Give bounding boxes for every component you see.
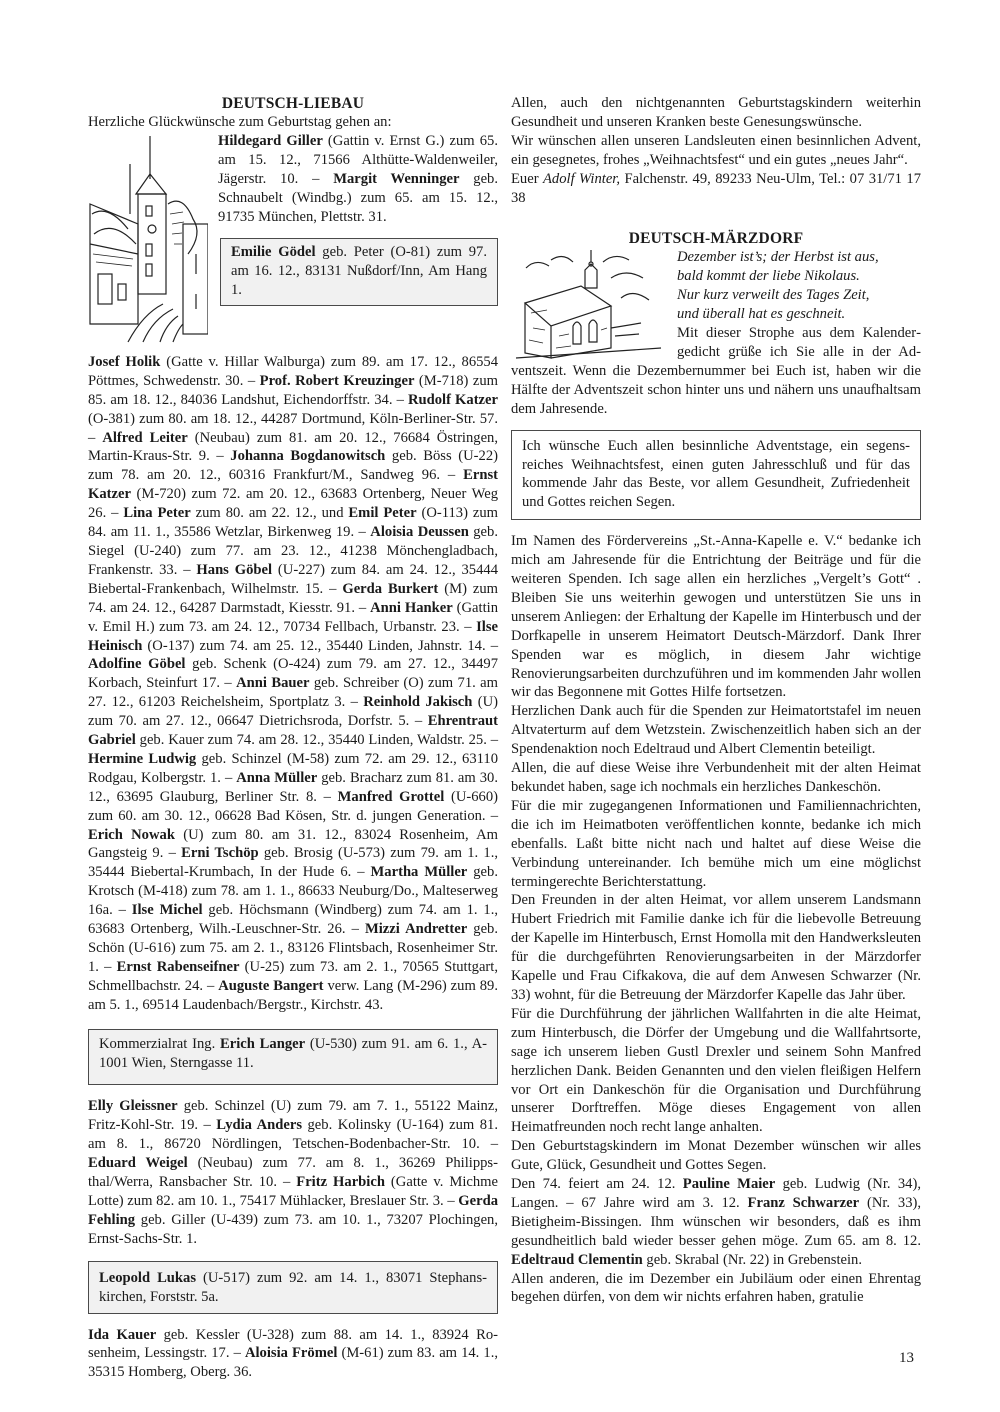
person-name: Leopold Lukas (99, 1270, 196, 1286)
person-name: Edeltraud Clementin (511, 1252, 643, 1268)
birthday-list-4: Ida Kauer geb. Kessler (U-328) zum 88. a… (88, 1326, 498, 1383)
person-name: Fritz Harbich (296, 1174, 385, 1190)
signature-adolf-winter: Euer Adolf Winter, Falchenstr. 49, 89233… (511, 170, 921, 208)
maerzdorf-birthdays: Den 74. feiert am 24. 12. Pauline Maier … (511, 1175, 921, 1270)
signature-prefix: Euer (511, 171, 543, 187)
person-name: Lydia Anders (216, 1117, 302, 1133)
person-name: Anni Bauer (236, 675, 309, 691)
birthday-list-3: Elly Gleissner geb. Schinzel (U) zum 79.… (88, 1097, 498, 1248)
left-column: DEUTSCH-LIEBAU Herzliche Glückwünsche zu… (88, 94, 498, 1382)
person-name: Aloisia Frömel (245, 1345, 337, 1361)
person-name: Martha Müller (371, 864, 468, 880)
foerderverein-thanks: Im Namen des Fördervereins „St.-Anna-Kap… (511, 532, 921, 702)
page-number: 13 (899, 1350, 914, 1367)
person-name: Anni Hanker (370, 600, 453, 616)
poem-line: Nur kurz verweilt des Tages Zeit, (677, 287, 869, 303)
christmas-wishes-box: Ich wünsche Euch allen besinnliche Adven… (511, 430, 921, 521)
person-name: Mizzi Andretter (365, 921, 467, 937)
person-name: Au­guste Bangert (218, 978, 323, 994)
closing-paragraph: Allen anderen, die im Dezember ein Jubil… (511, 1270, 921, 1308)
person-name: Elly Gleissner (88, 1098, 178, 1114)
dankeschoen-paragraph: Allen, die auf diese Weise ihre Verbunde… (511, 759, 921, 797)
church-street-illustration-icon (88, 134, 208, 344)
person-name: Erich Nowak (88, 827, 175, 843)
person-name: Hans Gö­bel (196, 562, 272, 578)
person-name: Anna Müller (236, 770, 317, 786)
person-name: Emil Peter (348, 505, 416, 521)
poem-line: und überall hat es geschneit. (677, 306, 845, 322)
person-name: Margit Wenninger (333, 171, 459, 187)
person-name: Johanna Bogdanowitsch (230, 448, 385, 464)
right-column: Allen, auch den nichtgenannten Geburtsta… (511, 94, 921, 1307)
chapel-illustration-icon (511, 248, 671, 360)
information-thanks: Für die mir zugegangenen Informationen u… (511, 797, 921, 892)
december-birthday-wishes: Den Geburtstagskindern im Monat Dezember… (511, 1137, 921, 1175)
section-heading-deutsch-maerzdorf: DEUTSCH-MÄRZDORF (511, 229, 921, 248)
person-name: Franz Schwarzer (748, 1195, 860, 1211)
person-name: Pauline Maier (683, 1176, 775, 1192)
person-name: Eduard Weigel (88, 1155, 188, 1171)
person-name: Erni Tschöp (181, 845, 258, 861)
person-name: Hildegard Giller (218, 133, 323, 149)
person-name: Ernst Rabenseifner (117, 959, 240, 975)
person-name: Hermine Ludwig (88, 751, 196, 767)
highlight-box-leopold-lukas: Leopold Lukas (U-517) zum 92. am 14. 1.,… (88, 1261, 498, 1314)
wishes-paragraph: Allen, auch den nichtgenannten Geburtsta… (511, 94, 921, 132)
person-name: Gerda Burkert (342, 581, 438, 597)
person-name: Ehrentraut Ga­briel (88, 713, 498, 748)
friends-thanks: Den Freunden in der alten Heimat, vor al… (511, 891, 921, 1004)
highlight-box-emilie-goedel: Emilie Gödel geb. Peter (O-81) zum 97. a… (220, 238, 498, 306)
person-name: Alfred Leiter (102, 430, 187, 446)
person-name: Prof. Robert Kreuzinger (260, 373, 415, 389)
heimatortstafel-thanks: Herzlichen Dank auch für die Spenden zur… (511, 702, 921, 759)
poem-line: bald kommt der liebe Nikolaus. (677, 268, 860, 284)
person-name: Lina Peter (123, 505, 190, 521)
section-heading-deutsch-liebau: DEUTSCH-LIEBAU (88, 94, 498, 113)
person-name: Adolfine Göbel (88, 656, 185, 672)
person-name: Erich Langer (220, 1036, 305, 1052)
person-name: Emilie Gödel (231, 244, 316, 260)
person-name: Ida Kauer (88, 1327, 156, 1343)
person-name: Reinhold Jakisch (363, 694, 472, 710)
advent-greeting: Wir wünschen allen unseren Landsleuten e… (511, 132, 921, 170)
pilgrimage-thanks: Für die Durchführung der jährlichen Wall… (511, 1005, 921, 1137)
person-name: Ilse Heinisch (88, 619, 498, 654)
person-name: Josef Holik (88, 354, 160, 370)
highlight-box-erich-langer: Kommerzialrat Ing. Erich Langer (U-530) … (88, 1029, 498, 1086)
person-name: Gerda Fehling (88, 1193, 498, 1228)
person-name: Aloisia Deussen (370, 524, 469, 540)
intro-text: Herzliche Glückwünsche zum Geburtstag ge… (88, 113, 498, 132)
poem-line: Dezember ist’s; der Herbst ist aus, (677, 249, 879, 265)
person-name: Ernst Katzer (88, 467, 498, 502)
birthday-list-2: Josef Holik (Gatte v. Hillar Walburga) z… (88, 353, 498, 1015)
person-name: Rudolf Katzer (408, 392, 498, 408)
signature-name: Adolf Winter, (543, 171, 620, 187)
person-name: Ilse Michel (132, 902, 203, 918)
person-name: Manfred Grot­tel (338, 789, 445, 805)
